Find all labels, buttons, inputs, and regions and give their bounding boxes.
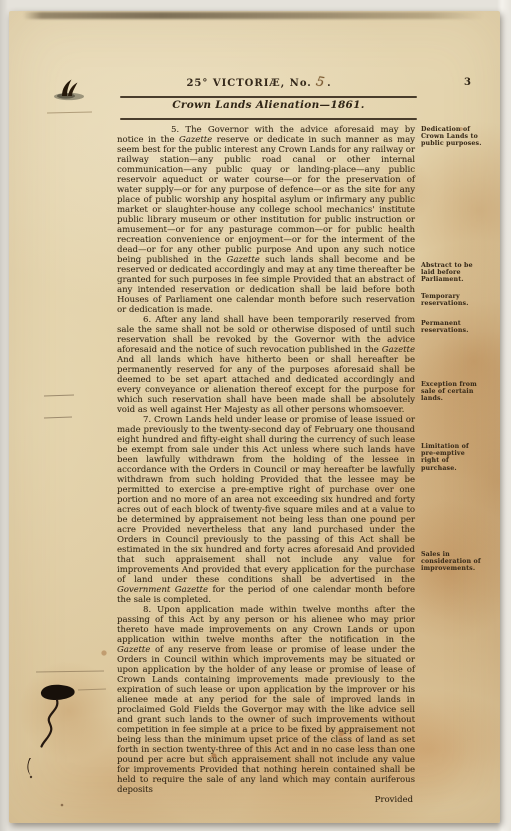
margin-note-permanent-reservations: Permanent reservations. (421, 320, 485, 334)
divider-rule-bottom (120, 118, 417, 120)
aged-paper-sheet: 25° VICTORIÆ, No.5. 3 Crown Lands Aliena… (9, 11, 500, 823)
margin-note-temporary-reservations: Temporary reservations. (421, 293, 485, 307)
statute-section-6: 6. After any land shall have been tempor… (117, 315, 415, 415)
running-header: 25° VICTORIÆ, No.5. (109, 77, 409, 90)
header-period: . (327, 78, 331, 89)
handwritten-act-number: 5 (315, 76, 326, 89)
margin-note-preemptive-right: Limitation of pre-emptive right of purch… (421, 443, 485, 472)
page-number: 3 (464, 77, 471, 88)
statute-section-8: 8. Upon application made within twelve m… (117, 605, 415, 795)
divider-rule-top (120, 96, 417, 98)
margin-note-exception-from-sale: Exception from sale of certain lands. (421, 381, 485, 403)
statute-section-5: 5. The Governor with the advice aforesai… (117, 125, 415, 315)
document-title: Crown Lands Alienation—1861. (120, 99, 417, 111)
statute-section-7: 7. Crown Lands held under lease or promi… (117, 415, 415, 605)
statute-body: 5. The Governor with the advice aforesai… (117, 125, 415, 805)
paper-top-edge-shadow (23, 12, 484, 19)
regnal-year-text: 25° VICTORIÆ, No. (186, 78, 311, 89)
scanned-document-page: 25° VICTORIÆ, No.5. 3 Crown Lands Aliena… (0, 0, 511, 831)
margin-note-sales-improvements: Sales in consideration of improvements. (421, 551, 485, 573)
margin-note-abstract: Abstract to be laid before Parliament. (421, 262, 485, 284)
margin-note-dedication: Dedication of Crown Lands to public purp… (421, 126, 485, 148)
catchword: Provided (117, 795, 415, 805)
